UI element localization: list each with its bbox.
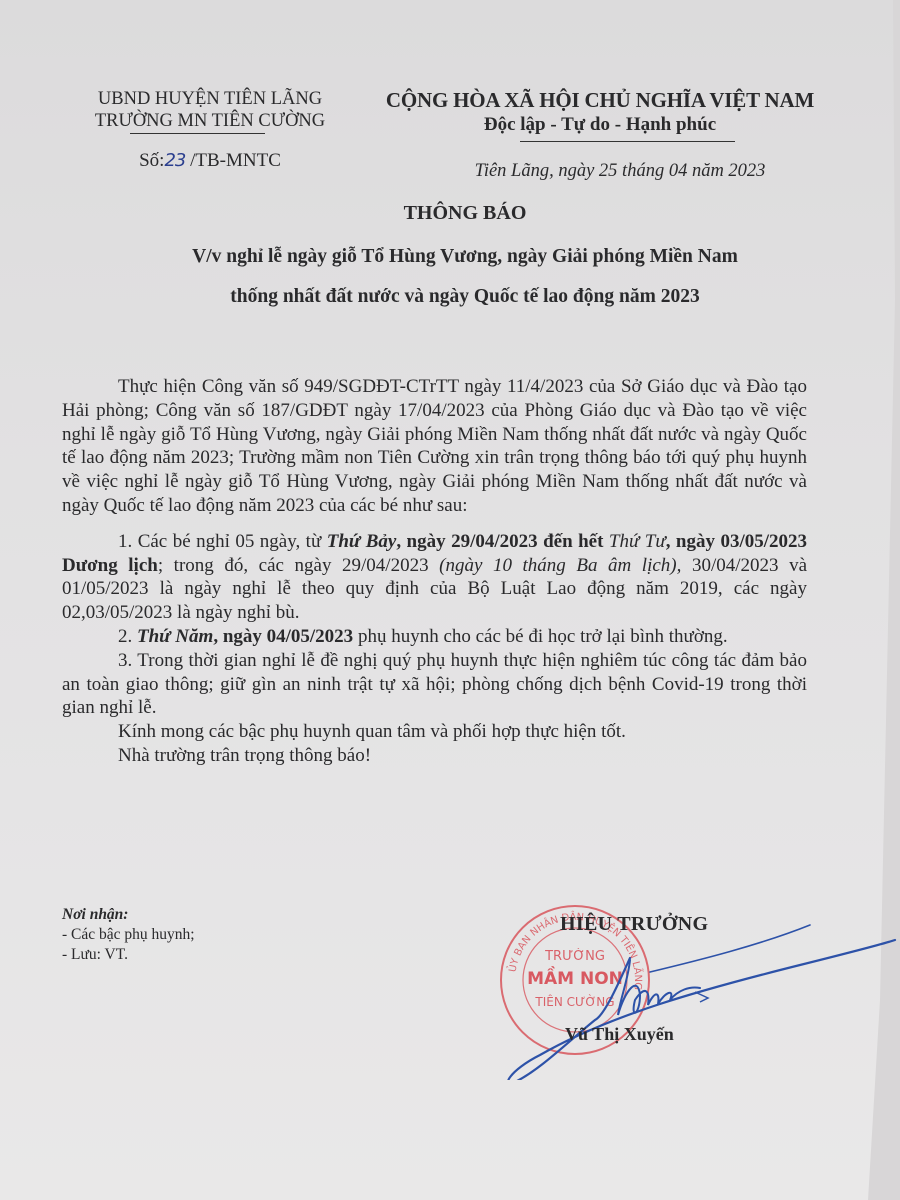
handwritten-signature [500, 920, 900, 1080]
subtitle-line-1: V/v nghỉ lễ ngày giỗ Tổ Hùng Vương, ngày… [0, 246, 900, 268]
school-name: TRƯỜNG MN TIÊN CƯỜNG [70, 110, 350, 132]
national-header-block: CỘNG HÒA XÃ HỘI CHỦ NGHĨA VIỆT NAM Độc l… [375, 88, 825, 138]
closing-line-1: Kính mong các bậc phụ huynh quan tâm và … [62, 720, 807, 744]
recipients-block: Nơi nhận: - Các bậc phụ huynh; - Lưu: VT… [62, 905, 195, 965]
handwritten-number: 23 [164, 150, 185, 171]
item-1-text: 1. Các bé nghỉ 05 ngày, từ [118, 531, 327, 552]
item-1-day-start: Thứ Bảy [327, 531, 397, 552]
recipient-item: - Lưu: VT. [62, 945, 195, 965]
item-2-text: phụ huynh cho các bé đi học trở lại bình… [353, 626, 727, 647]
item-2: 2. Thứ Năm, ngày 04/05/2023 phụ huynh ch… [62, 625, 807, 649]
item-1-text-2: ; trong đó, các ngày 29/04/2023 [158, 555, 439, 576]
header-left-underline [130, 133, 265, 134]
recipient-item: - Các bậc phụ huynh; [62, 925, 195, 945]
item-2-number: 2. [118, 626, 137, 647]
intro-paragraph: Thực hiện Công văn số 949/SGDĐT-CTrTT ng… [62, 375, 807, 518]
document-body: Thực hiện Công văn số 949/SGDĐT-CTrTT ng… [62, 375, 807, 768]
recipients-title: Nơi nhận: [62, 905, 195, 925]
authority-name: UBND HUYỆN TIÊN LÃNG [70, 88, 350, 110]
number-suffix: /TB-MNTC [190, 150, 281, 171]
motto-underline [520, 141, 735, 142]
issuing-authority-block: UBND HUYỆN TIÊN LÃNG TRƯỜNG MN TIÊN CƯỜN… [70, 88, 350, 132]
item-2-day: Thứ Năm [137, 626, 213, 647]
signatory-name: Vũ Thị Xuyến [565, 1024, 674, 1045]
subtitle-line-2: thống nhất đất nước và ngày Quốc tế lao … [0, 286, 900, 308]
document-number: Số:23 /TB-MNTC [80, 150, 340, 172]
document-title: THÔNG BÁO [0, 202, 900, 225]
item-1-lunar-note: (ngày 10 tháng Ba âm lịch), [439, 555, 681, 576]
closing-line-2: Nhà trường trân trọng thông báo! [62, 744, 807, 768]
item-2-date: , ngày 04/05/2023 [213, 626, 353, 647]
item-1-date-start: , ngày 29/04/2023 đến hết [396, 531, 609, 552]
item-1: 1. Các bé nghỉ 05 ngày, từ Thứ Bảy, ngày… [62, 530, 807, 625]
item-3: 3. Trong thời gian nghỉ lễ đề nghị quý p… [62, 649, 807, 720]
national-motto: Độc lập - Tự do - Hạnh phúc [375, 112, 825, 138]
number-label: Số: [139, 150, 164, 171]
item-1-day-end: Thứ Tư [609, 531, 666, 552]
place-date: Tiên Lãng, ngày 25 tháng 04 năm 2023 [420, 161, 820, 182]
nation-name: CỘNG HÒA XÃ HỘI CHỦ NGHĨA VIỆT NAM [375, 88, 825, 112]
